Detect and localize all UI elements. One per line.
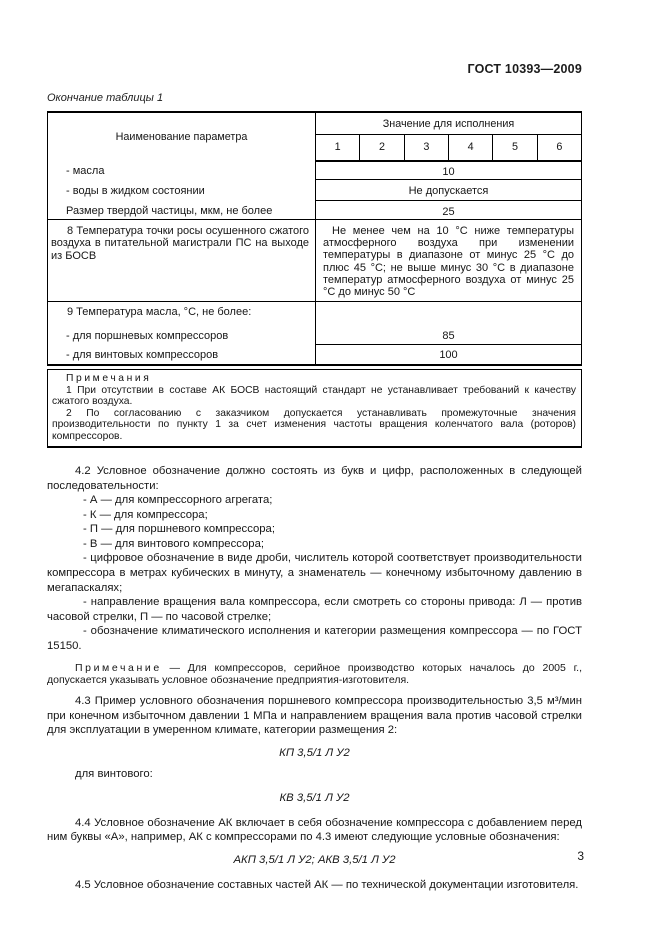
note-paragraph: Примечание — Для компрессоров, серийное … [47, 662, 582, 687]
table-row-oil-temp: 9 Температура масла, °С, не более: [48, 302, 582, 327]
param-cell: - масла [48, 161, 316, 180]
designation-ak: АКП 3,5/1 Л У2; АКВ 3,5/1 Л У2 [47, 853, 582, 868]
col-header-1: 1 [316, 135, 360, 161]
value-cell: Не менее чем на 10 °С ниже температуры а… [316, 220, 582, 302]
body-text: 4.2 Условное обозначение должно состоять… [47, 464, 582, 892]
value-cell: 25 [316, 200, 582, 219]
param-cell: 9 Температура масла, °С, не более: [48, 302, 316, 327]
designation-kp: КП 3,5/1 Л У2 [47, 746, 582, 761]
col-header-6: 6 [537, 135, 581, 161]
param-cell: - для винтовых компрессоров [48, 345, 316, 366]
param-cell: - воды в жидком состоянии [48, 180, 316, 200]
table-row-screw: - для винтовых компрессоров 100 [48, 345, 582, 366]
value-cell: 85 [316, 327, 582, 345]
para-4-4: 4.4 Условное обозначение АК включает в с… [47, 816, 582, 845]
para-4-3: 4.3 Пример условного обозначения поршнев… [47, 694, 582, 738]
col-header-3: 3 [404, 135, 448, 161]
list-item-p: - П — для поршневого компрессора; [47, 522, 582, 537]
table-row-water: - воды в жидком состоянии Не допускается [48, 180, 582, 200]
col-header-2: 2 [360, 135, 404, 161]
list-item-rotation: - направление вращения вала компрессора,… [47, 595, 582, 624]
value-cell: 100 [316, 345, 582, 366]
col-header-value-group: Значение для исполнения [316, 112, 582, 135]
param-cell: Размер твердой частицы, мкм, не более [48, 200, 316, 219]
value-cell: Не допускается [316, 180, 582, 200]
table-row-particle: Размер твердой частицы, мкм, не более 25 [48, 200, 582, 219]
list-item-v: - В — для винтового компрессора; [47, 537, 582, 552]
list-item-a: - А — для компрессорного агрегата; [47, 493, 582, 508]
page-number: 3 [577, 849, 584, 863]
document-page: ГОСТ 10393—2009 Окончание таблицы 1 Наим… [0, 0, 661, 936]
table-caption: Окончание таблицы 1 [47, 92, 582, 105]
table-row-dew-point: 8 Температура точки росы осушенного сжат… [48, 220, 582, 302]
list-item-k: - К — для компрессора; [47, 508, 582, 523]
designation-kv: КВ 3,5/1 Л У2 [47, 791, 582, 806]
para-4-2: 4.2 Условное обозначение должно состоять… [47, 464, 582, 493]
for-screw-label: для винтового: [47, 767, 582, 782]
table-notes-box: Примечания 1 При отсутствии в составе АК… [47, 369, 582, 447]
table-note-item: 1 При отсутствии в составе АК БОСВ насто… [52, 385, 576, 408]
param-cell: 8 Температура точки росы осушенного сжат… [48, 220, 316, 302]
table-row-oil: - масла 10 [48, 161, 582, 180]
col-header-5: 5 [493, 135, 537, 161]
list-item-digits: - цифровое обозначение в виде дроби, чис… [47, 551, 582, 595]
table-row-piston: - для поршневых компрессоров 85 [48, 327, 582, 345]
note-title: Примечание [75, 662, 162, 674]
page-content: ГОСТ 10393—2009 Окончание таблицы 1 Наим… [47, 0, 582, 892]
doc-code-header: ГОСТ 10393—2009 [47, 62, 582, 77]
table-header-row: Наименование параметра Значение для испо… [48, 112, 582, 135]
table-notes-title: Примечания [52, 373, 576, 384]
col-header-parameter: Наименование параметра [48, 112, 316, 161]
list-item-climate: - обозначение климатического исполнения … [47, 624, 582, 653]
value-cell: 10 [316, 161, 582, 180]
col-header-4: 4 [448, 135, 492, 161]
table-note-item: 2 По согласованию с заказчиком допускает… [52, 408, 576, 442]
table-1: Наименование параметра Значение для испо… [47, 111, 582, 366]
value-cell [316, 302, 582, 327]
para-4-5: 4.5 Условное обозначение составных часте… [47, 878, 582, 893]
param-cell: - для поршневых компрессоров [48, 327, 316, 345]
